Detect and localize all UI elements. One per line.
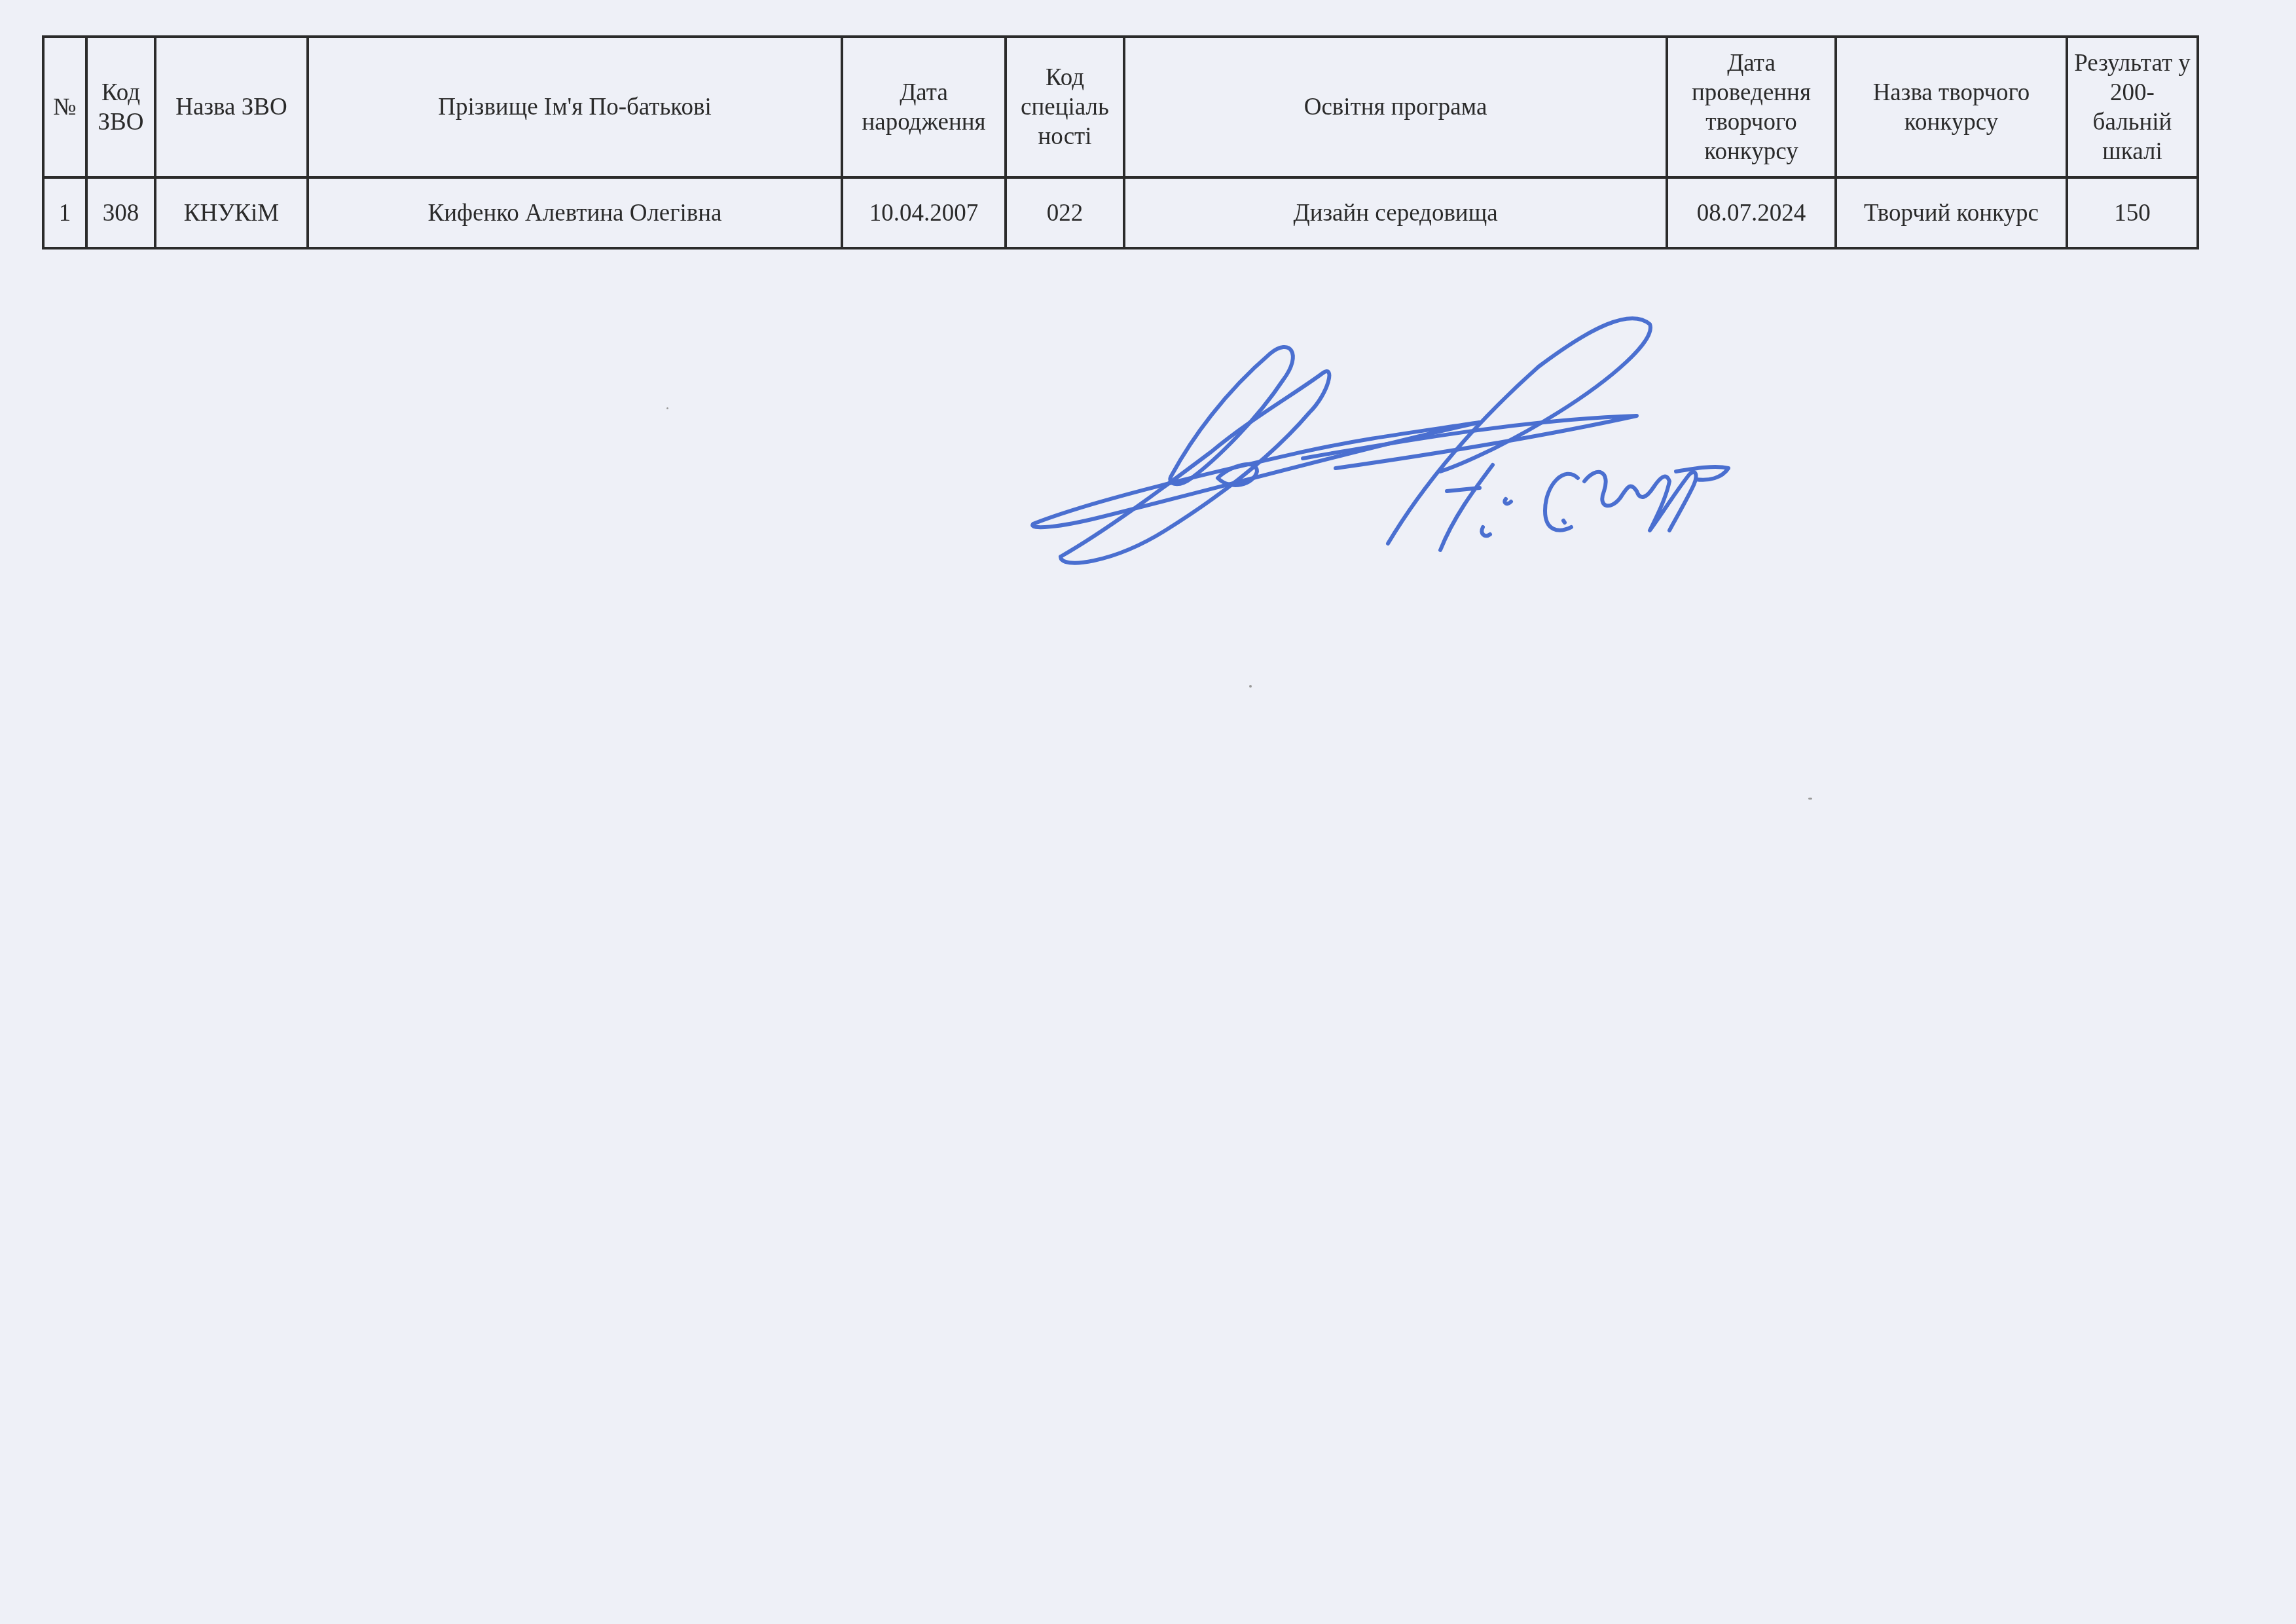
header-contest-date: Дата проведення творчого конкурсу (1667, 37, 1836, 177)
header-number: № (43, 37, 86, 177)
header-program: Освітня програма (1124, 37, 1667, 177)
header-result: Результат у 200-бальній шкалі (2067, 37, 2198, 177)
results-table: № Код ЗВО Назва ЗВО Прізвище Ім'я По-бат… (42, 35, 2199, 249)
cell-birth-date: 10.04.2007 (842, 177, 1006, 248)
cell-program: Дизайн середовища (1124, 177, 1667, 248)
header-zvo-name: Назва ЗВО (155, 37, 308, 177)
header-code-zvo: Код ЗВО (86, 37, 155, 177)
cell-full-name: Кифенко Алевтина Олегівна (308, 177, 842, 248)
header-specialty-code: Код спеціаль ності (1006, 37, 1124, 177)
header-birth-date: Дата народження (842, 37, 1006, 177)
paper-speck (666, 407, 668, 409)
signature-icon (1021, 301, 1951, 583)
paper-speck (1249, 685, 1252, 688)
header-full-name: Прізвище Ім'я По-батькові (308, 37, 842, 177)
cell-number: 1 (43, 177, 86, 248)
table-header-row: № Код ЗВО Назва ЗВО Прізвище Ім'я По-бат… (43, 37, 2198, 177)
header-contest-name: Назва творчого конкурсу (1836, 37, 2067, 177)
cell-result: 150 (2067, 177, 2198, 248)
cell-code-zvo: 308 (86, 177, 155, 248)
cell-zvo-name: КНУКіМ (155, 177, 308, 248)
table-row: 1 308 КНУКіМ Кифенко Алевтина Олегівна 1… (43, 177, 2198, 248)
cell-contest-name: Творчий конкурс (1836, 177, 2067, 248)
cell-contest-date: 08.07.2024 (1667, 177, 1836, 248)
cell-specialty-code: 022 (1006, 177, 1124, 248)
paper-speck (1808, 798, 1812, 800)
